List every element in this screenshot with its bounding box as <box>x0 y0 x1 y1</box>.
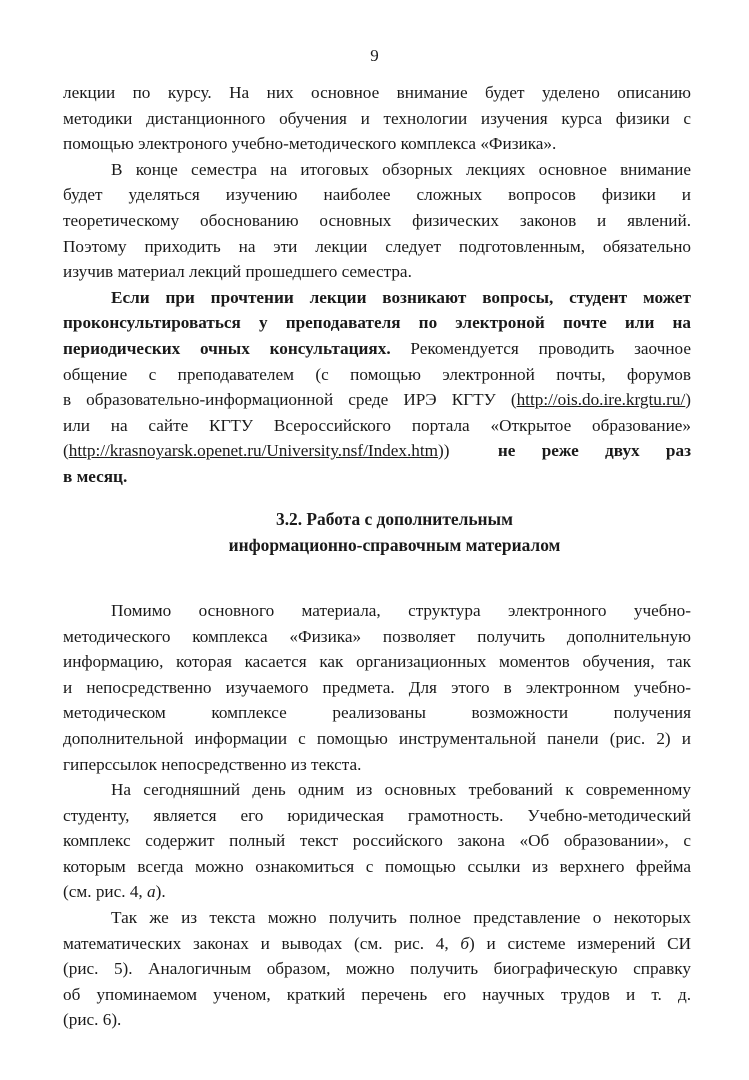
bold-text-line: проконсультироваться у преподавателя по … <box>63 310 691 336</box>
text: )) <box>438 441 449 460</box>
text-line: На сегодняшний день одним из основных тр… <box>63 777 691 803</box>
page-number: 9 <box>0 46 749 66</box>
text: математических законах и выводах (см. ри… <box>63 934 460 953</box>
text-line: которым всегда можно ознакомиться с помо… <box>63 854 691 880</box>
text-line: изучив материал лекций прошедшего семест… <box>63 259 691 285</box>
text-line: и непосредственно изучаемого предмета. Д… <box>63 675 691 701</box>
paragraph-1: лекции по курсу. На них основное внимани… <box>63 80 691 157</box>
link-ois[interactable]: http://ois.do.ire.krgtu.ru/ <box>517 390 686 409</box>
text-line: информацию, которая касается как организ… <box>63 649 691 675</box>
paragraph-5: На сегодняшний день одним из основных тр… <box>63 777 691 905</box>
text-line: В конце семестра на итоговых обзорных ле… <box>63 157 691 183</box>
link-openet[interactable]: http://krasnoyarsk.openet.ru/University.… <box>69 441 438 460</box>
text: ) <box>685 390 691 409</box>
text-line: комплекс содержит полный текст российско… <box>63 828 691 854</box>
text-line: математических законах и выводах (см. ри… <box>63 931 691 957</box>
heading-line: информационно-справочным материалом <box>40 532 749 558</box>
text-line: (рис. 5). Аналогичным образом, можно пол… <box>63 956 691 982</box>
text-line: (рис. 6). <box>63 1007 691 1033</box>
text: ) и системе измерений СИ <box>469 934 691 953</box>
text-line: (см. рис. 4, а). <box>63 879 691 905</box>
text: в образовательно-информационной среде ИР… <box>63 390 517 409</box>
text-line: методическом комплексе реализованы возмо… <box>63 700 691 726</box>
text-line: общение с преподавателем (с помощью элек… <box>63 362 691 388</box>
text-line: или на сайте КГТУ Всероссийского портала… <box>63 413 691 439</box>
text-line: гиперссылок непосредственно из текста. <box>63 752 691 778</box>
text-line: Так же из текста можно получить полное п… <box>63 905 691 931</box>
text-line: в образовательно-информационной среде ИР… <box>63 387 691 413</box>
text-line: помощью электроного учебно-методического… <box>63 131 691 157</box>
text-line: дополнительной информации с помощью инст… <box>63 726 691 752</box>
bold-text-line: Если при прочтении лекции возникают вопр… <box>63 285 691 311</box>
text-line: периодических очных консультациях. Реком… <box>63 336 691 362</box>
bold-text: не реже двух раз <box>498 438 691 464</box>
text-line: Помимо основного материала, структура эл… <box>63 598 691 624</box>
text-line: будет уделяться изучению наиболее сложны… <box>63 182 691 208</box>
text-line: об упоминаемом ученом, краткий перечень … <box>63 982 691 1008</box>
bold-text-line: в месяц. <box>63 464 691 490</box>
paragraph-6: Так же из текста можно получить полное п… <box>63 905 691 1033</box>
italic-text: а <box>147 882 156 901</box>
text-line: (http://krasnoyarsk.openet.ru/University… <box>63 438 691 464</box>
text: ). <box>156 882 166 901</box>
text-line: Поэтому приходить на эти лекции следует … <box>63 234 691 260</box>
text: (см. рис. 4, <box>63 882 147 901</box>
heading-line: 3.2. Работа с дополнительным <box>40 506 749 532</box>
paragraph-3: Если при прочтении лекции возникают вопр… <box>63 285 691 490</box>
text-line: теоретическому обоснованию основных физи… <box>63 208 691 234</box>
section-heading: 3.2. Работа с дополнительныминформационн… <box>0 506 749 558</box>
text-line: студенту, является его юридическая грамо… <box>63 803 691 829</box>
italic-text: б <box>460 934 469 953</box>
bold-text: периодических очных консультациях. <box>63 339 391 358</box>
text-line: методики дистанционного обучения и техно… <box>63 106 691 132</box>
link-wrapper: (http://krasnoyarsk.openet.ru/University… <box>63 438 450 464</box>
paragraph-2: В конце семестра на итоговых обзорных ле… <box>63 157 691 285</box>
paragraph-4: Помимо основного материала, структура эл… <box>63 598 691 777</box>
text: Рекомендуется проводить заочное <box>391 339 691 358</box>
text-line: методического комплекса «Физика» позволя… <box>63 624 691 650</box>
text-line: лекции по курсу. На них основное внимани… <box>63 80 691 106</box>
